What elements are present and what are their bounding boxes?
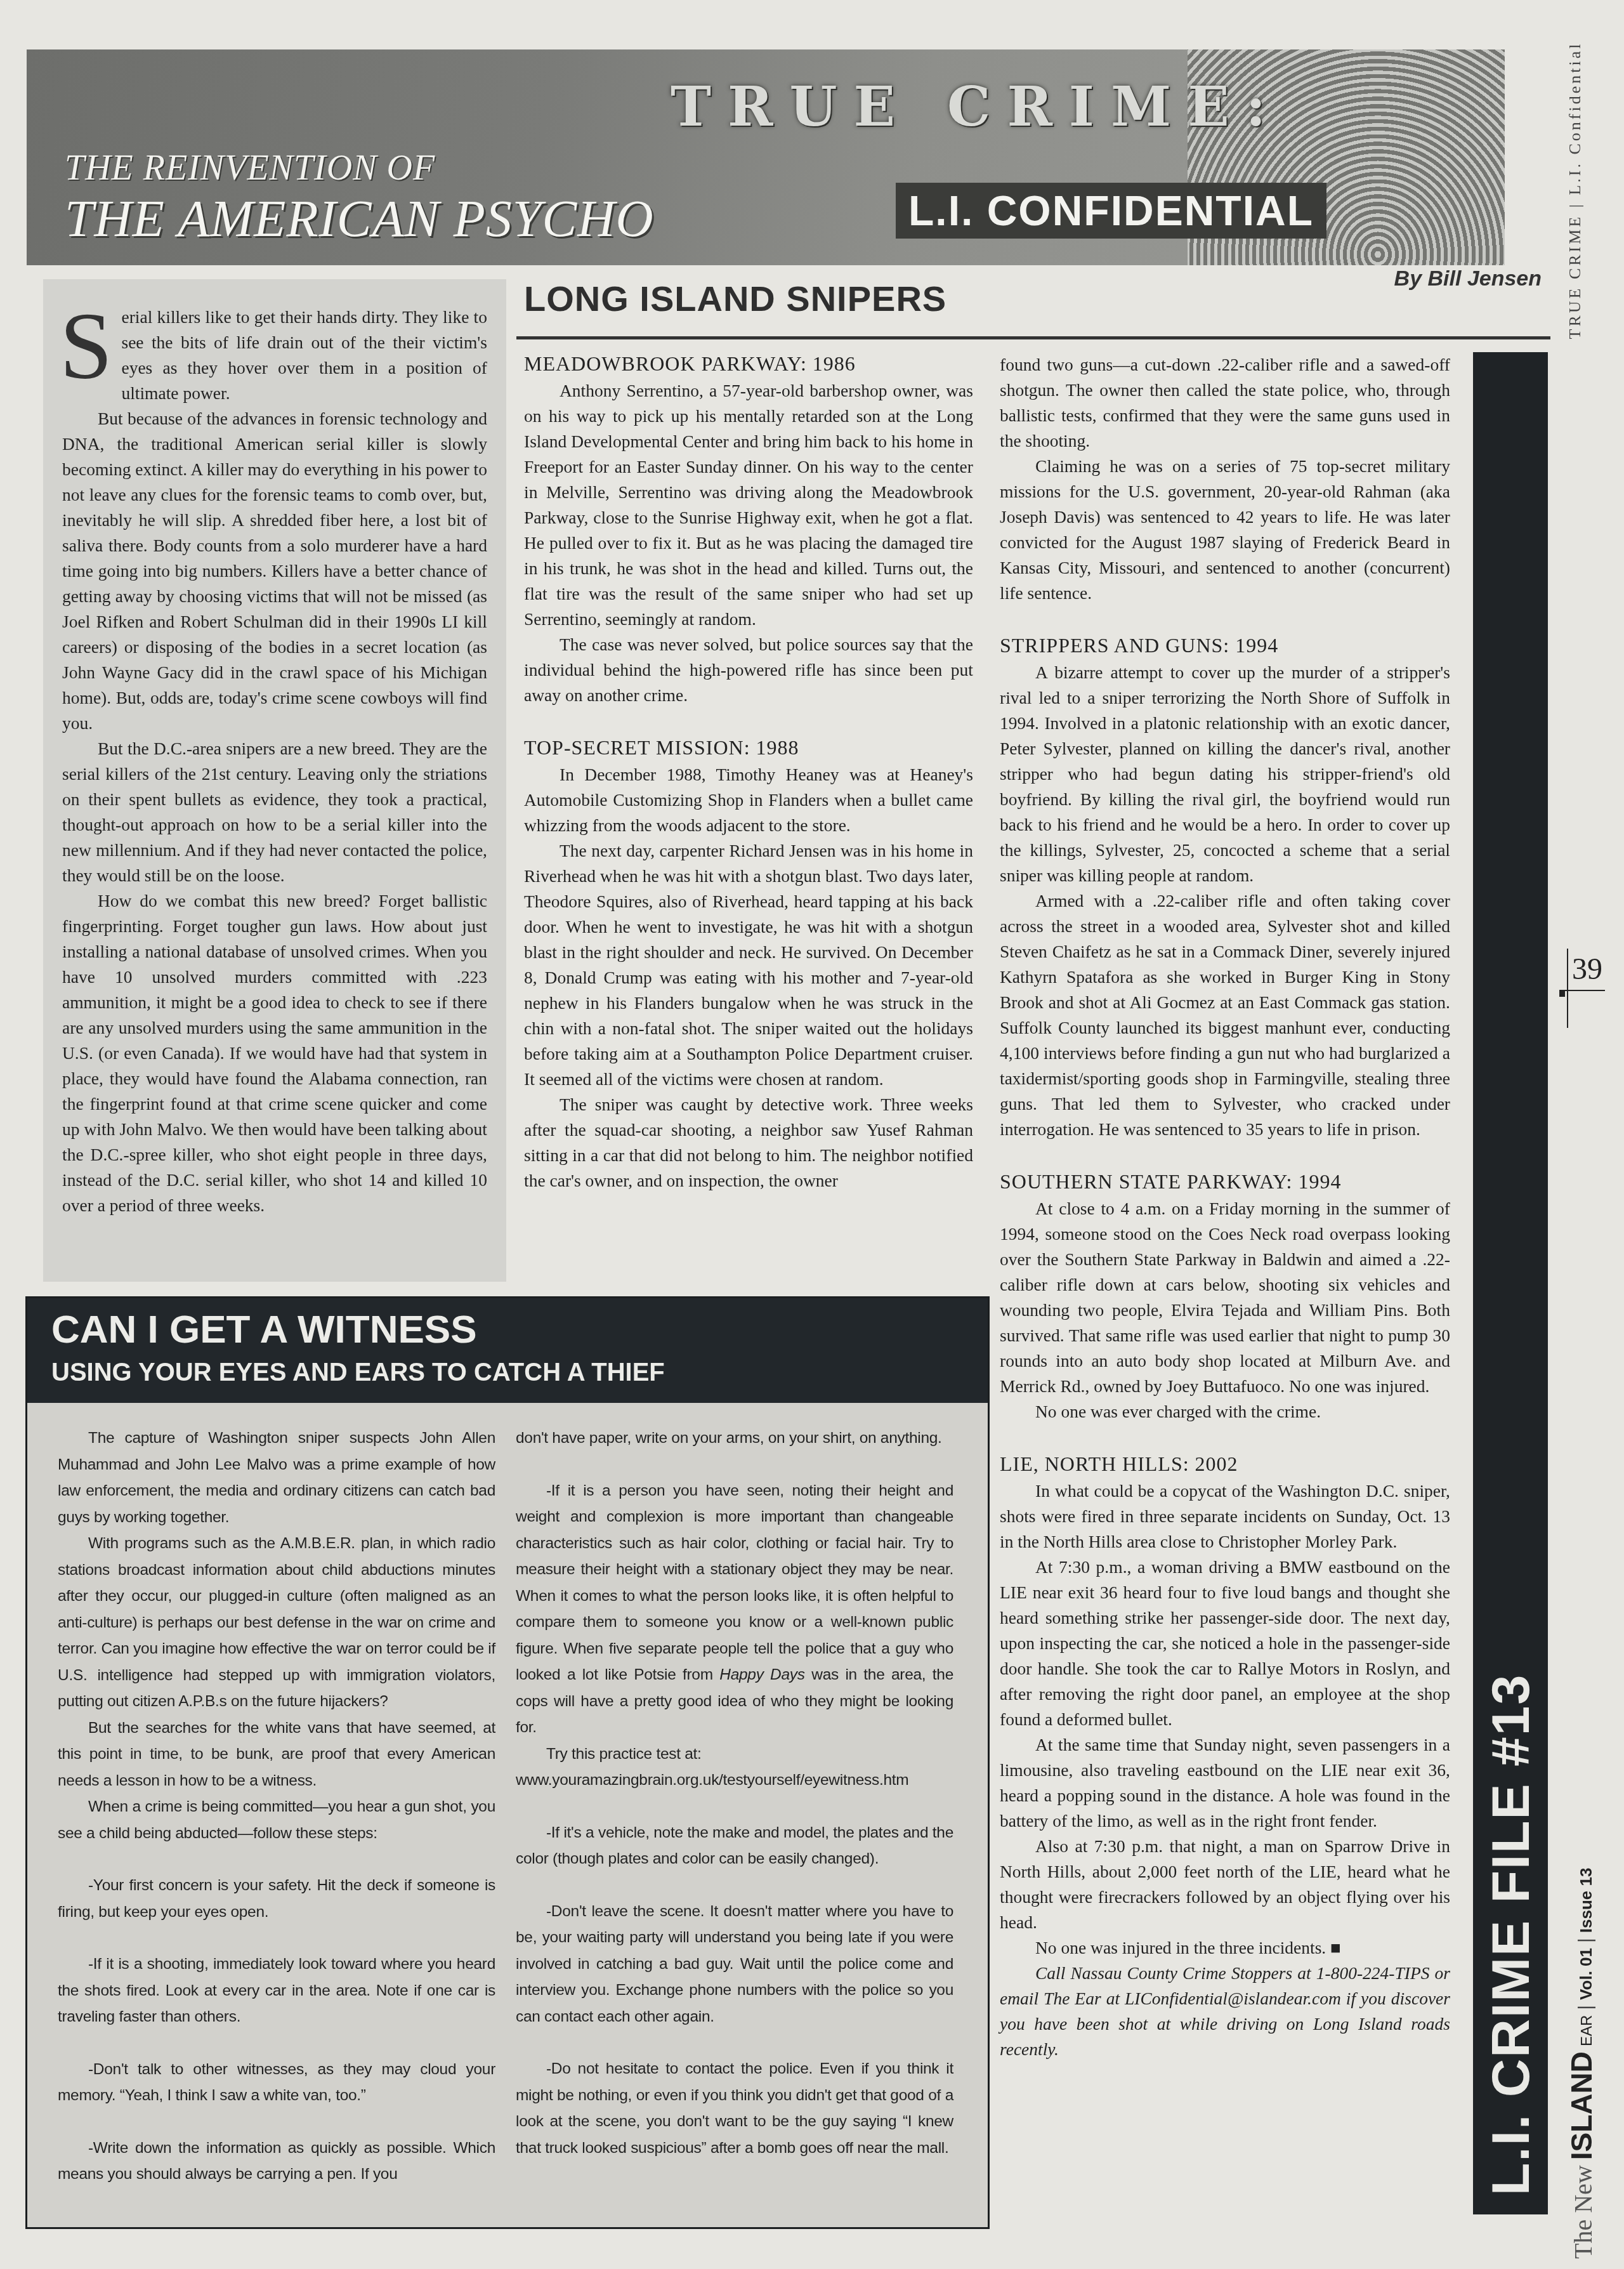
article-paragraph: The next day, carpenter Richard Jensen w… [524, 838, 973, 1092]
page-number-underline [1559, 990, 1605, 991]
subsection-heading: TOP-SECRET MISSION: 1988 [524, 736, 973, 760]
drop-cap: S [60, 308, 112, 385]
witness-step: -If it is a person you have seen, noting… [516, 1478, 953, 1741]
header-banner: TRUE CRIME: L.I. CONFIDENTIAL THE REINVE… [27, 49, 1505, 265]
subsection-heading: STRIPPERS AND GUNS: 1994 [1000, 634, 1450, 657]
newspaper-page: TRUE CRIME | L.I. Confidential TRUE CRIM… [0, 0, 1624, 2269]
article-paragraph: The case was never solved, but police so… [524, 632, 973, 708]
subsection-heading: MEADOWBROOK PARKWAY: 1986 [524, 352, 973, 376]
main-headline: THE AMERICAN PSYCHO [65, 189, 654, 249]
witness-step: -If it is a shooting, immediately look t… [58, 1951, 495, 2030]
series-subtitle: L.I. CONFIDENTIAL [896, 183, 1326, 239]
section-title: LONG ISLAND SNIPERS [524, 278, 946, 319]
article-paragraph: At close to 4 a.m. on a Friday morning i… [1000, 1196, 1450, 1399]
witness-title: CAN I GET A WITNESS [51, 1307, 477, 1352]
witness-paragraph: don't have paper, write on your arms, on… [516, 1425, 953, 1452]
article-paragraph: In what could be a copycat of the Washin… [1000, 1478, 1450, 1555]
article-paragraph: A bizarre attempt to cover up the murder… [1000, 660, 1450, 888]
issue: Issue 13 [1576, 1868, 1596, 1933]
publication-masthead: The New ISLAND EAR | Vol. 01 | Issue 13 [1564, 1865, 1609, 2259]
byline: By Bill Jensen [1394, 266, 1542, 291]
practice-test-link[interactable]: www.youramazingbrain.org.uk/testyourself… [516, 1767, 953, 1794]
witness-step: -If it's a vehicle, note the make and mo… [516, 1820, 953, 1872]
intro-column: Serial killers like to get their hands d… [43, 279, 506, 1282]
intro-paragraph: But the D.C.-area snipers are a new bree… [62, 736, 487, 888]
witness-step: -Don't leave the scene. It doesn't matte… [516, 1898, 953, 2030]
article-paragraph: No one was injured in the three incident… [1000, 1935, 1450, 1961]
article-paragraph: No one was ever charged with the crime. [1000, 1399, 1450, 1424]
title-divider [516, 336, 1550, 339]
article-paragraph: Also at 7:30 p.m. that night, a man on S… [1000, 1834, 1450, 1935]
page-number: 39 [1572, 952, 1602, 987]
article-paragraph: The sniper was caught by detective work.… [524, 1092, 973, 1194]
witness-sidebar-box: CAN I GET A WITNESS USING YOUR EYES AND … [25, 1296, 990, 2229]
subsection-heading: SOUTHERN STATE PARKWAY: 1994 [1000, 1170, 1450, 1194]
headline-kicker: THE REINVENTION OF [65, 148, 435, 188]
article-paragraph: At 7:30 p.m., a woman driving a BMW east… [1000, 1555, 1450, 1732]
witness-paragraph: But the searches for the white vans that… [58, 1715, 495, 1794]
witness-step: -Write down the information as quickly a… [58, 2135, 495, 2188]
article-paragraph: Armed with a .22-caliber rifle and often… [1000, 888, 1450, 1142]
witness-paragraph: Try this practice test at: [516, 1741, 953, 1768]
witness-right-column: don't have paper, write on your arms, on… [516, 1425, 953, 2161]
running-head: TRUE CRIME | L.I. Confidential [1566, 19, 1591, 362]
center-column: MEADOWBROOK PARKWAY: 1986 Anthony Serren… [524, 352, 973, 1194]
article-paragraph: Claiming he was on a series of 75 top-se… [1000, 454, 1450, 606]
witness-left-column: The capture of Washington sniper suspect… [58, 1425, 495, 2188]
page-number-rule [1567, 949, 1568, 1028]
witness-step: -Do not hesitate to contact the police. … [516, 2056, 953, 2161]
witness-paragraph: With programs such as the A.M.B.E.R. pla… [58, 1530, 495, 1715]
side-banner-label: L.I. CRIME FILE #13 [1473, 1624, 1548, 2208]
right-column: found two guns—a cut-down .22-caliber ri… [1000, 352, 1450, 2062]
intro-paragraph: Serial killers like to get their hands d… [62, 305, 487, 406]
witness-header: CAN I GET A WITNESS USING YOUR EYES AND … [27, 1298, 988, 1403]
tip-line: Call Nassau County Crime Stoppers at 1-8… [1000, 1961, 1450, 2062]
witness-paragraph: When a crime is being committed—you hear… [58, 1794, 495, 1846]
page-number-bullet-icon [1559, 991, 1565, 997]
witness-subtitle: USING YOUR EYES AND EARS TO CATCH A THIE… [51, 1358, 665, 1387]
intro-paragraph: How do we combat this new breed? Forget … [62, 888, 487, 1218]
series-title: TRUE CRIME: [671, 75, 1283, 139]
intro-paragraph: But because of the advances in forensic … [62, 406, 487, 736]
article-paragraph: At the same time that Sunday night, seve… [1000, 1732, 1450, 1834]
witness-step: -Don't talk to other witnesses, as they … [58, 2056, 495, 2109]
witness-paragraph: The capture of Washington sniper suspect… [58, 1425, 495, 1530]
article-paragraph: Anthony Serrentino, a 57-year-old barber… [524, 378, 973, 632]
witness-step: -Your first concern is your safety. Hit … [58, 1872, 495, 1925]
article-paragraph: found two guns—a cut-down .22-caliber ri… [1000, 352, 1450, 454]
article-paragraph: In December 1988, Timothy Heaney was at … [524, 762, 973, 838]
volume: Vol. 01 [1576, 1948, 1596, 2000]
subsection-heading: LIE, NORTH HILLS: 2002 [1000, 1452, 1450, 1476]
